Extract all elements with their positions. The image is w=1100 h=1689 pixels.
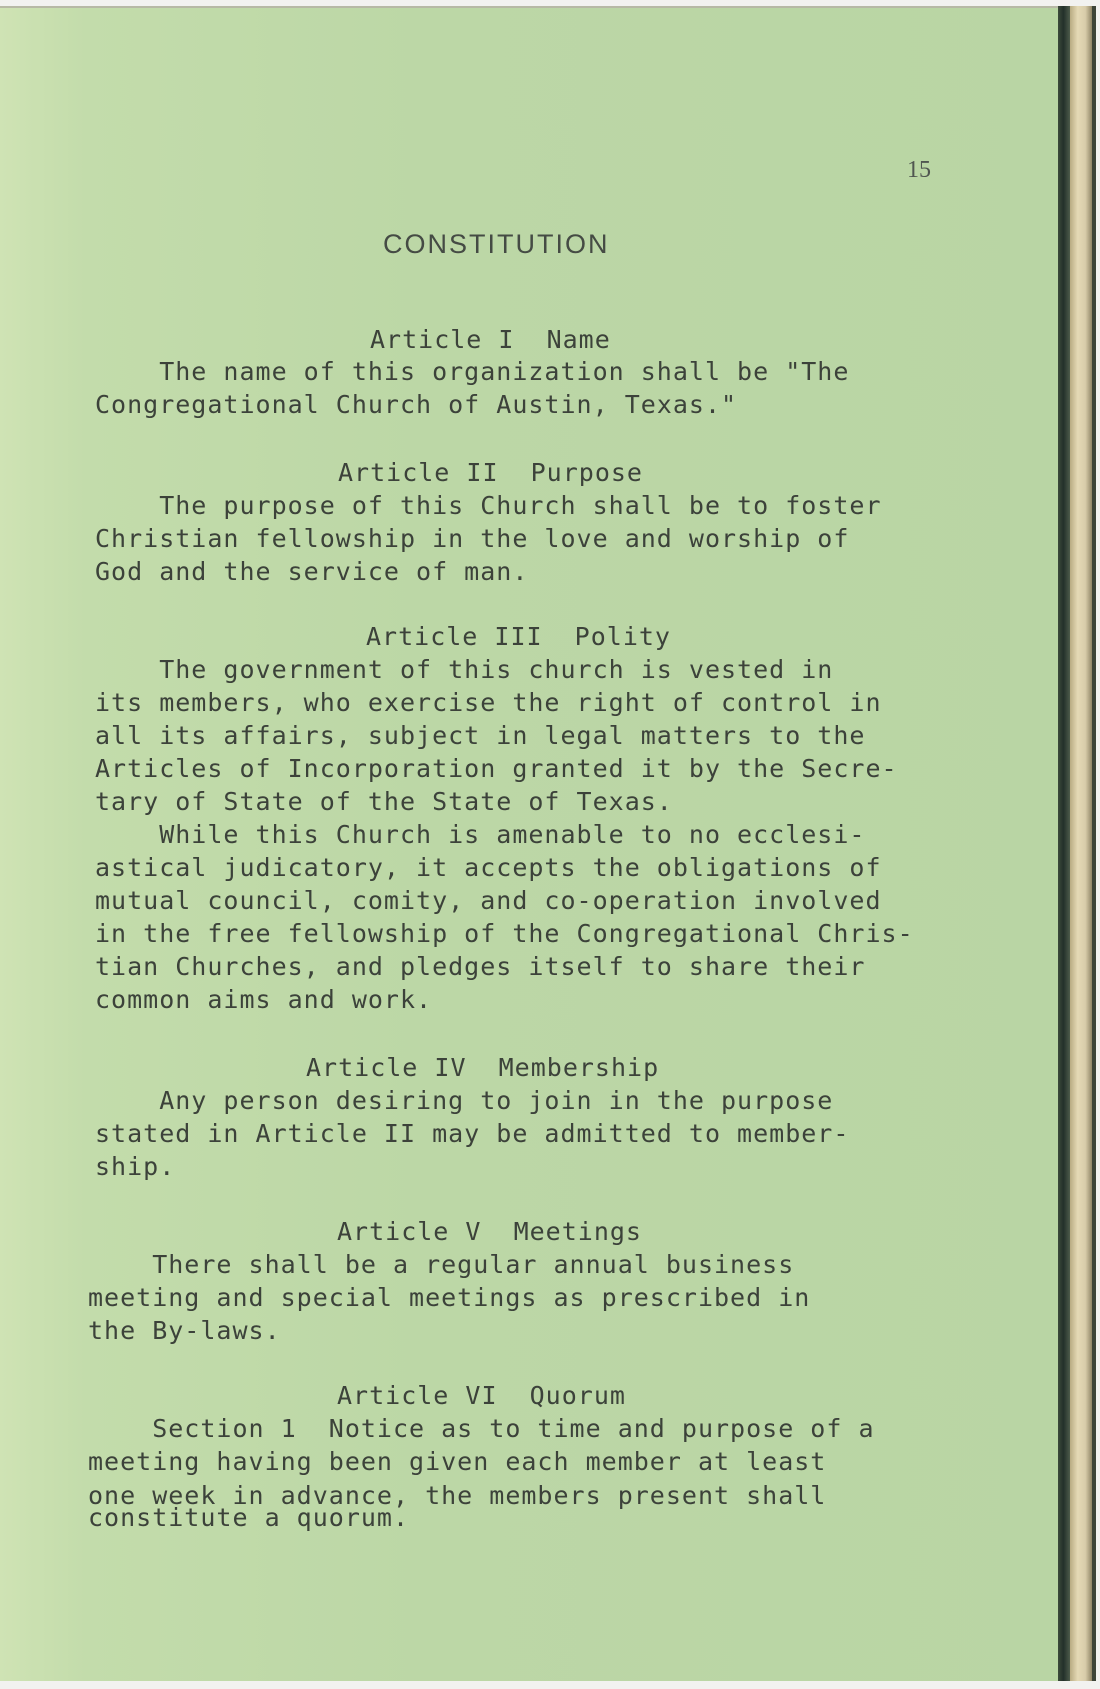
binding-rim [1092, 6, 1096, 1681]
article-3-line: its members, who exercise the right of c… [95, 687, 882, 719]
article-3-line: Articles of Incorporation granted it by … [95, 753, 898, 785]
article-2-line: The purpose of this Church shall be to f… [95, 490, 882, 522]
page-number: 15 [907, 154, 931, 186]
article-4-line: Any person desiring to join in the purpo… [95, 1085, 833, 1117]
article-4-heading: Article IV Membership [306, 1052, 659, 1084]
page-title: CONSTITUTION [383, 228, 610, 260]
article-3-line: tary of State of the State of Texas. [95, 786, 673, 818]
article-3-line: common aims and work. [95, 984, 432, 1016]
binding-edge [1070, 6, 1092, 1681]
article-6-line: Section 1 Notice as to time and purpose … [88, 1413, 875, 1445]
article-2-line: God and the service of man. [95, 556, 528, 588]
article-3-line: all its affairs, subject in legal matter… [95, 720, 865, 752]
scanned-page: 15 CONSTITUTION Article I Name The name … [0, 6, 1100, 1681]
binding-shadow [1058, 6, 1070, 1681]
article-5-line: the By-laws. [88, 1315, 281, 1347]
article-3-heading: Article III Polity [366, 621, 671, 653]
article-3-line: While this Church is amenable to no eccl… [95, 819, 865, 851]
paper-page: 15 CONSTITUTION Article I Name The name … [0, 6, 1058, 1681]
article-1-line: The name of this organization shall be "… [95, 356, 849, 388]
article-1-line: Congregational Church of Austin, Texas." [95, 389, 737, 421]
article-2-line: Christian fellowship in the love and wor… [95, 523, 849, 555]
article-4-line: ship. [95, 1151, 175, 1183]
article-3-line: The government of this church is vested … [95, 654, 833, 686]
article-5-line: meeting and special meetings as prescrib… [88, 1282, 810, 1314]
article-3-line: tian Churches, and pledges itself to sha… [95, 951, 865, 983]
article-6-line: meeting having been given each member at… [88, 1446, 826, 1478]
article-1-heading: Article I Name [370, 324, 611, 356]
article-6-heading: Article VI Quorum [337, 1380, 626, 1412]
article-5-line: There shall be a regular annual business [88, 1249, 794, 1281]
article-3-line: mutual council, comity, and co-operation… [95, 885, 882, 917]
article-3-line: astical judicatory, it accepts the oblig… [95, 852, 882, 884]
article-2-heading: Article II Purpose [338, 457, 643, 489]
article-5-heading: Article V Meetings [337, 1216, 642, 1248]
article-4-line: stated in Article II may be admitted to … [95, 1118, 849, 1150]
article-3-line: in the free fellowship of the Congregati… [95, 918, 914, 950]
article-6-line: constitute a quorum. [88, 1502, 409, 1534]
